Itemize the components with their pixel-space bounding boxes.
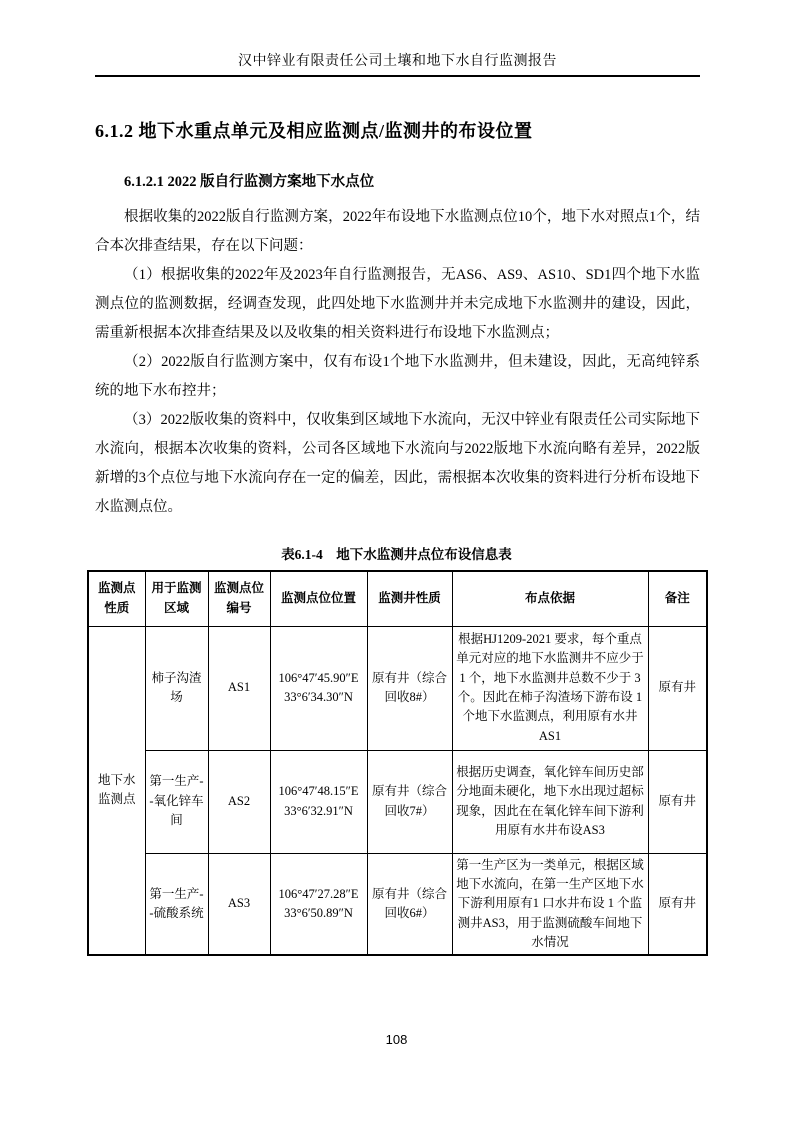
table-row: 第一生产--氧化锌车间 AS2 106°47′48.15″E 33°6′32.9… bbox=[88, 750, 707, 853]
cell-remark: 原有井 bbox=[648, 626, 707, 750]
subsection-heading: 6.1.2.1 2022 版自行监测方案地下水点位 bbox=[124, 170, 700, 191]
cell-region: 第一生产--硫酸系统 bbox=[145, 853, 208, 955]
cell-remark: 原有井 bbox=[648, 853, 707, 955]
table-header-row: 监测点性质 用于监测区域 监测点位编号 监测点位位置 监测井性质 布点依据 备注 bbox=[88, 571, 707, 626]
cell-code: AS1 bbox=[208, 626, 270, 750]
table-body: 地下水监测点 柿子沟渣场 AS1 106°47′45.90″E 33°6′34.… bbox=[88, 626, 707, 955]
page-number: 108 bbox=[0, 1032, 793, 1047]
cell-location: 106°47′48.15″E 33°6′32.91″N bbox=[270, 750, 367, 853]
table-row: 第一生产--硫酸系统 AS3 106°47′27.28″E 33°6′50.89… bbox=[88, 853, 707, 955]
header-remark: 备注 bbox=[648, 571, 707, 626]
cell-code: AS2 bbox=[208, 750, 270, 853]
paragraph-item-2: （2）2022版自行监测方案中，仅有布设1个地下水监测井，但未建设，因此，无高纯… bbox=[95, 348, 700, 406]
cell-location: 106°47′45.90″E 33°6′34.30″N bbox=[270, 626, 367, 750]
cell-basis: 根据HJ1209-2021 要求，每个重点单元对应的地下水监测井不应少于 1 个… bbox=[452, 626, 648, 750]
cell-well-type: 原有井（综合回收7#） bbox=[367, 750, 452, 853]
section-heading: 6.1.2 地下水重点单元及相应监测点/监测井的布设位置 bbox=[95, 117, 700, 143]
cell-location: 106°47′27.28″E 33°6′50.89″N bbox=[270, 853, 367, 955]
table-caption: 表6.1-4 地下水监测井点位布设信息表 bbox=[0, 543, 793, 563]
header-monitoring-area: 用于监测区域 bbox=[145, 571, 208, 626]
monitoring-well-table: 监测点性质 用于监测区域 监测点位编号 监测点位位置 监测井性质 布点依据 备注… bbox=[87, 570, 708, 956]
running-header: 汉中锌业有限责任公司土壤和地下水自行监测报告 bbox=[95, 0, 700, 77]
cell-row-group-label: 地下水监测点 bbox=[88, 626, 145, 955]
cell-basis: 第一生产区为一类单元，根据区域地下水流向，在第一生产区地下水下游利用原有1 口水… bbox=[452, 853, 648, 955]
header-point-code: 监测点位编号 bbox=[208, 571, 270, 626]
running-header-title: 汉中锌业有限责任公司土壤和地下水自行监测报告 bbox=[238, 54, 557, 69]
cell-region: 第一生产--氧化锌车间 bbox=[145, 750, 208, 853]
paragraph-item-1: （1）根据收集的2022年及2023年自行监测报告，无AS6、AS9、AS10、… bbox=[95, 261, 700, 348]
header-well-nature: 监测井性质 bbox=[367, 571, 452, 626]
cell-well-type: 原有井（综合回收6#） bbox=[367, 853, 452, 955]
cell-basis: 根据历史调查，氧化锌车间历史部分地面未硬化，地下水出现过超标现象，因此在在氧化锌… bbox=[452, 750, 648, 853]
paragraph-intro: 根据收集的2022版自行监测方案，2022年布设地下水监测点位10个，地下水对照… bbox=[95, 203, 700, 261]
document-page: 汉中锌业有限责任公司土壤和地下水自行监测报告 6.1.2 地下水重点单元及相应监… bbox=[0, 0, 793, 1122]
cell-region: 柿子沟渣场 bbox=[145, 626, 208, 750]
header-point-nature: 监测点性质 bbox=[88, 571, 145, 626]
cell-code: AS3 bbox=[208, 853, 270, 955]
cell-remark: 原有井 bbox=[648, 750, 707, 853]
table-row: 地下水监测点 柿子沟渣场 AS1 106°47′45.90″E 33°6′34.… bbox=[88, 626, 707, 750]
header-layout-basis: 布点依据 bbox=[452, 571, 648, 626]
cell-well-type: 原有井（综合回收8#） bbox=[367, 626, 452, 750]
table-head: 监测点性质 用于监测区域 监测点位编号 监测点位位置 监测井性质 布点依据 备注 bbox=[88, 571, 707, 626]
paragraph-item-3: （3）2022版收集的资料中，仅收集到区域地下水流向，无汉中锌业有限责任公司实际… bbox=[95, 406, 700, 522]
header-point-location: 监测点位位置 bbox=[270, 571, 367, 626]
body-content: 根据收集的2022版自行监测方案，2022年布设地下水监测点位10个，地下水对照… bbox=[95, 203, 700, 522]
